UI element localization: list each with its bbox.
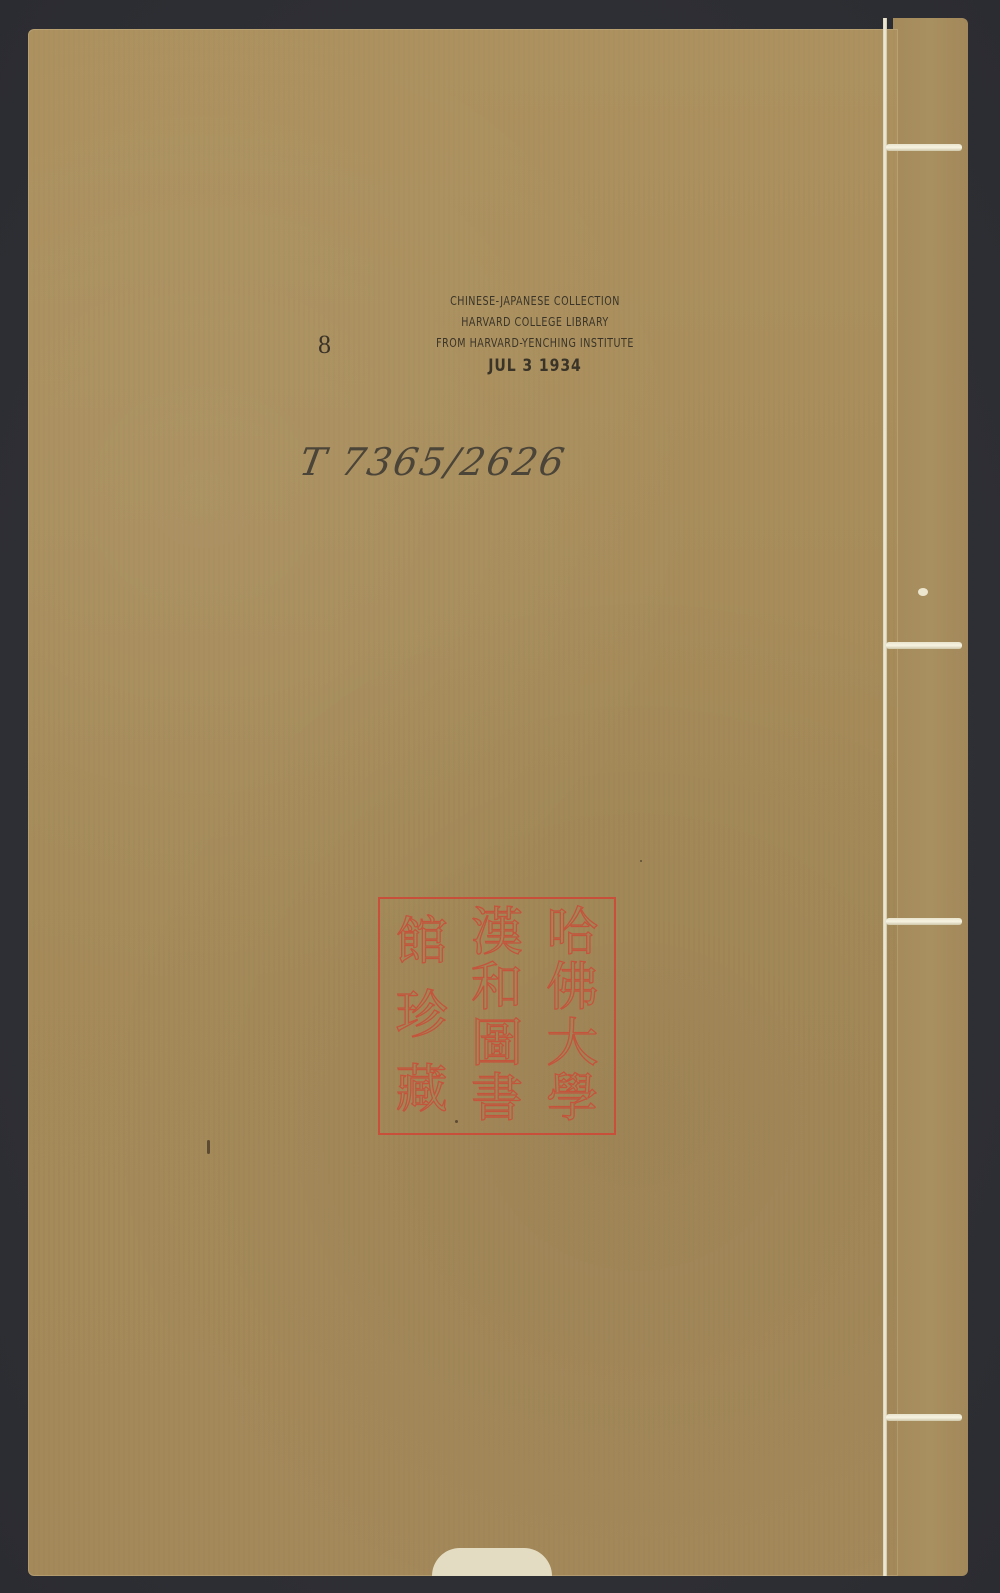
seal-char: 書 [471, 1073, 523, 1125]
volume-number: 8 [318, 330, 331, 360]
binding-stitch-2 [886, 642, 962, 649]
seal-char: 漢 [471, 907, 523, 959]
seal-char: 大 [546, 1018, 598, 1070]
stamp-line-2: HARVARD COLLEGE LIBRARY [416, 311, 654, 332]
seal-char: 和 [471, 962, 523, 1014]
book-spine-margin [893, 18, 968, 1576]
book-cover [28, 29, 898, 1576]
library-accession-stamp: CHINESE-JAPANESE COLLECTION HARVARD COLL… [395, 290, 675, 379]
paper-speck [455, 1120, 458, 1123]
paper-speck [207, 1140, 210, 1154]
worm-hole [918, 588, 928, 596]
seal-char: 哈 [546, 907, 598, 959]
seal-char: 佛 [546, 962, 598, 1014]
red-library-seal: 哈 佛 大 學 漢 和 圖 書 館 珍 藏 [378, 897, 616, 1135]
seal-char: 圖 [471, 1018, 523, 1070]
seal-column-2: 漢 和 圖 書 [471, 905, 523, 1127]
binding-stitch-1 [886, 144, 962, 151]
stamp-line-1: CHINESE-JAPANESE COLLECTION [416, 290, 654, 311]
paper-speck [640, 860, 642, 862]
binding-stitch-4 [886, 1414, 962, 1421]
handwritten-call-number: T 7365/2626 [296, 440, 569, 484]
seal-char: 學 [546, 1073, 598, 1125]
binding-stitch-3 [886, 918, 962, 925]
seal-column-3: 館 珍 藏 [396, 905, 448, 1127]
seal-char: 珍 [396, 990, 448, 1042]
stamp-line-3: FROM HARVARD-YENCHING INSTITUTE [416, 332, 654, 353]
stamp-date: JUL 3 1934 [406, 353, 664, 379]
torn-edge [432, 1548, 552, 1576]
seal-char: 藏 [396, 1064, 448, 1116]
seal-column-1: 哈 佛 大 學 [546, 905, 598, 1127]
binding-thread-vertical [883, 18, 887, 1576]
seal-char: 館 [396, 916, 448, 968]
